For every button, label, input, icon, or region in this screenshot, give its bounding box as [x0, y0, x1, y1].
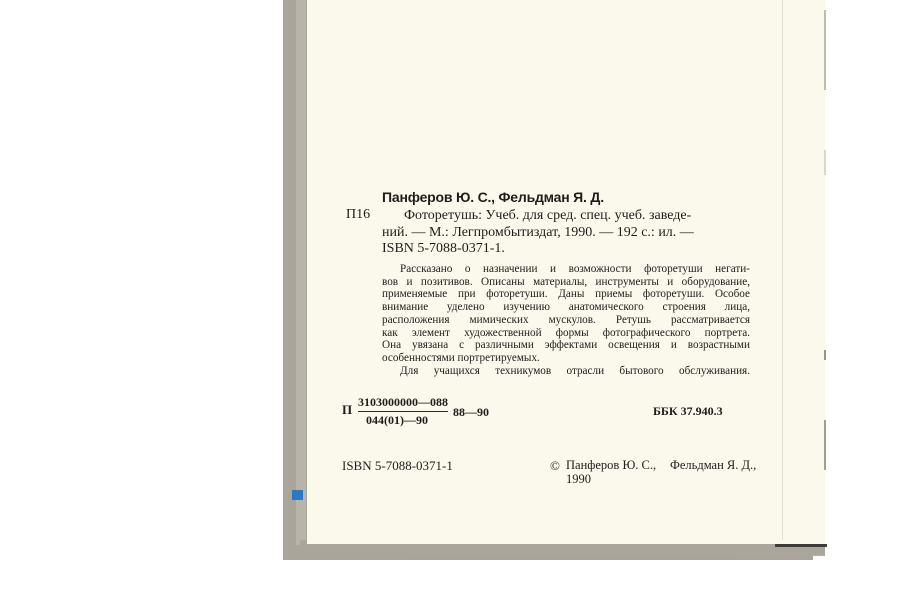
biblio-line: Фоторетушь: Учеб. для сред. спец. учеб. …	[382, 208, 750, 225]
isbn: ISBN 5-7088-0371-1	[342, 459, 453, 472]
abstract-line: Рассказано о назначении и возможности фо…	[382, 263, 750, 276]
facing-page-bleed	[824, 150, 826, 175]
bibliographic-description: Фоторетушь: Учеб. для сред. спец. учеб. …	[382, 208, 750, 258]
facing-page-bleed	[824, 420, 826, 470]
facing-page-bleed	[824, 350, 826, 360]
authors-heading: Панферов Ю. С., Фельдман Я. Д.	[382, 190, 604, 204]
page-fold-line	[782, 0, 783, 540]
copyright-author-2: Фельдман Я. Д.,	[670, 459, 756, 472]
abstract-line: вов и позитивов. Описаны материалы, инст…	[382, 276, 750, 289]
abstract-line: особенностями портретируемых.	[382, 352, 750, 365]
biblio-line: ний. — М.: Легпромбытиздат, 1990. — 192 …	[382, 225, 750, 242]
back-cover-edge	[775, 544, 827, 547]
audience-note: Для учащихся техникумов отрасли бытового…	[382, 365, 750, 378]
facing-page-bleed	[824, 10, 826, 90]
abstract-line: применяемые при фоторетуши. Даны приемы …	[382, 288, 750, 301]
copyright-author-1: Панферов Ю. С.,	[566, 459, 656, 472]
catalog-code: П16	[346, 208, 370, 222]
abstract-line: Она увязана с различными эффектами освещ…	[382, 339, 750, 352]
classification-denominator: 044(01)—90	[366, 414, 428, 426]
abstract: Рассказано о назначении и возможности фо…	[382, 263, 750, 377]
fraction-bar	[358, 411, 448, 412]
blue-spine-mark	[292, 490, 303, 500]
abstract-line: расположения мимических мускулов. Ретушь…	[382, 314, 750, 327]
biblio-line: ISBN 5-7088-0371-1.	[382, 241, 750, 258]
copyright-year: 1990	[566, 473, 591, 486]
abstract-line: внимание уделено изучению анатомического…	[382, 301, 750, 314]
classification-numerator: 3103000000—088	[358, 396, 448, 408]
abstract-line: как элемент художественной формы фотогра…	[382, 327, 750, 340]
classification-range: 88—90	[453, 406, 489, 418]
book-spine-edge	[296, 0, 306, 545]
bbk-code: ББК 37.940.3	[653, 405, 723, 417]
classification-prefix: П	[342, 403, 352, 416]
copyright-icon: ©	[550, 459, 560, 472]
